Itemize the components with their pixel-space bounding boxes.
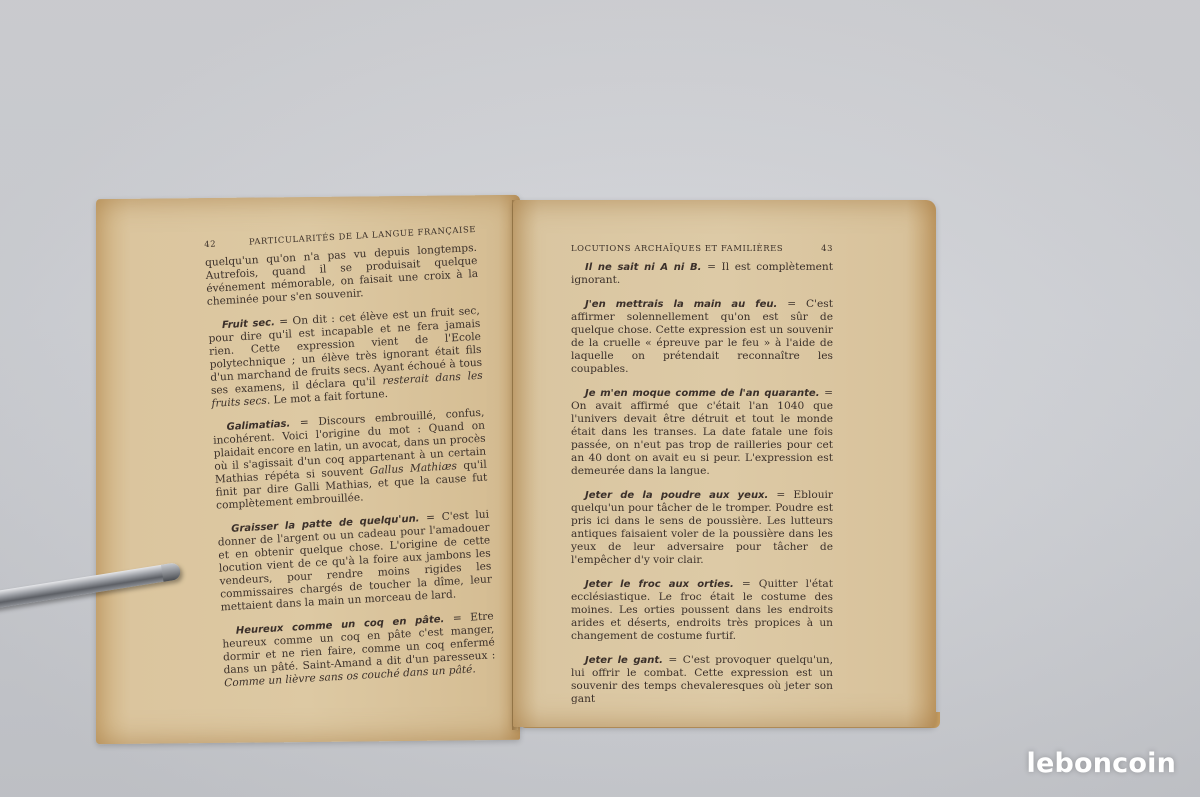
running-head-right: Locutions archaïques et familières 43 (571, 242, 833, 255)
entry-term: Jeter le gant. (585, 655, 663, 666)
entry-term: J'en mettrais la main au feu. (585, 299, 777, 310)
entry-term: Jeter le froc aux orties. (585, 579, 734, 590)
entry: Jeter de la poudre aux yeux. = Eblouir q… (571, 489, 833, 567)
left-page: 42 Particularités de la langue française… (96, 195, 520, 744)
entry: Je m'en moque comme de l'an quarante. = … (571, 387, 833, 478)
right-page: Locutions archaïques et familières 43 Il… (513, 200, 936, 727)
entry-term: Jeter de la poudre aux yeux. (585, 490, 768, 501)
entry: Jeter le gant. = C'est provoquer quelqu'… (571, 654, 833, 706)
entry: Galimatias. = Discours embrouillé, confu… (212, 407, 488, 513)
brand-watermark-logo: leboncoin (1027, 748, 1177, 779)
entry: Fruit sec. = On dit : cet élève est un f… (208, 305, 484, 411)
left-page-text: 42 Particularités de la langue française… (204, 223, 497, 701)
entry: Graisser la patte de quelqu'un. = C'est … (217, 508, 493, 614)
page-number-right: 43 (821, 242, 833, 255)
right-page-text: Locutions archaïques et familières 43 Il… (571, 242, 833, 717)
entry-term: Il ne sait ni A ni B. (585, 262, 701, 273)
entry: J'en mettrais la main au feu. = C'est af… (571, 298, 833, 376)
running-head-title-right: Locutions archaïques et familières (571, 242, 783, 255)
entry: Jeter le froc aux orties. = Quitter l'ét… (571, 578, 833, 643)
entry: Heureux comme un coq en pâte. = Etre heu… (222, 610, 497, 690)
entry: Il ne sait ni A ni B. = Il est complètem… (571, 261, 833, 287)
page-number-left: 42 (204, 237, 216, 251)
entry-term: Je m'en moque comme de l'an quarante. (585, 388, 820, 399)
entry: quelqu'un qu'on n'a pas vu depuis longte… (205, 242, 479, 309)
